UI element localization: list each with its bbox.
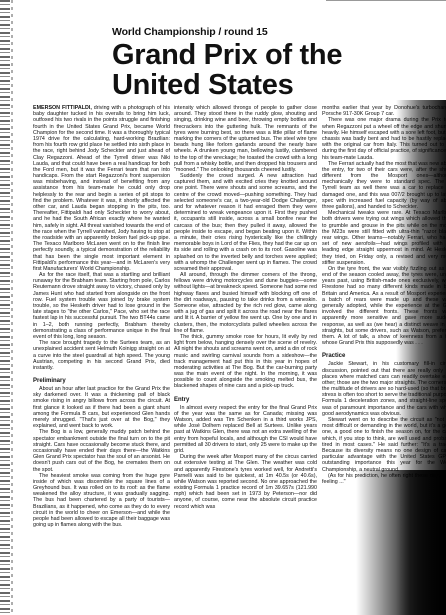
article-paragraph: EMERSON FITTIPALDI, driving with a photo… <box>33 105 170 272</box>
section-heading-preliminary: Preliminary <box>33 378 170 385</box>
article-paragraph: During the week after Mosport many of th… <box>174 454 317 510</box>
article-paragraph: The thick, gummy smoke rose for hours, l… <box>174 334 317 390</box>
article-paragraph: The Ferrari actually had the most that w… <box>322 161 446 211</box>
article-paragraph: As for the race itself, that was a start… <box>33 272 170 340</box>
article-paragraph: In almost every respect the entry for th… <box>174 405 317 455</box>
article-paragraph: Mechanical tweaks were rare. At Texaco M… <box>322 210 446 266</box>
article-paragraph: The race brought tragedy to the Surtees … <box>33 340 170 371</box>
series-kicker: World Championship / round 15 <box>112 26 268 38</box>
article-paragraph: intensity which allowed throngs of peopl… <box>174 105 317 173</box>
section-heading-practice: Practice <box>322 353 446 360</box>
article-paragraph: The Bog is a low, generally muddy patch … <box>33 429 170 472</box>
article-paragraph: The heaviest smoke was coming from the h… <box>33 473 170 529</box>
article-paragraph: About an hour after last practice for th… <box>33 386 170 429</box>
title-line-2: United States <box>112 70 342 100</box>
article-paragraph: Jackie Stewart, in his customary fill-in… <box>322 361 446 417</box>
section-heading-entry: Entry <box>174 397 317 404</box>
article-paragraph: On the tyre front, the war visibly fizzl… <box>322 266 446 346</box>
page-corner-shadow <box>356 470 446 615</box>
lead-in-name: EMERSON FITTIPALDI, <box>33 105 92 111</box>
article-paragraph: (As for his prediction, he often right t… <box>322 473 446 485</box>
article-paragraph: There was one major drama during the Pri… <box>322 117 446 160</box>
page-binding-edge <box>0 0 10 615</box>
article-column-middle: intensity which allowed throngs of peopl… <box>174 105 317 510</box>
page-edge-line <box>326 0 446 1</box>
article-column-left: EMERSON FITTIPALDI, driving with a photo… <box>33 105 170 528</box>
page-title: Grand Prix of the United States <box>112 40 342 100</box>
page-binding-holes <box>11 0 13 615</box>
article-paragraph: Stewart went on to describe the circuit … <box>322 417 446 473</box>
article-paragraph: Suddenly the crowd surged. A new attract… <box>174 173 317 272</box>
title-line-1: Grand Prix of the <box>112 40 342 70</box>
paragraph-text: driving with a photograph of his baby da… <box>33 105 170 272</box>
article-paragraph: months earlier that year by Donohue's tu… <box>322 105 446 117</box>
article-paragraph: All around, through the dimmer corners o… <box>174 272 317 334</box>
article-column-right: months earlier that year by Donohue's tu… <box>322 105 446 485</box>
